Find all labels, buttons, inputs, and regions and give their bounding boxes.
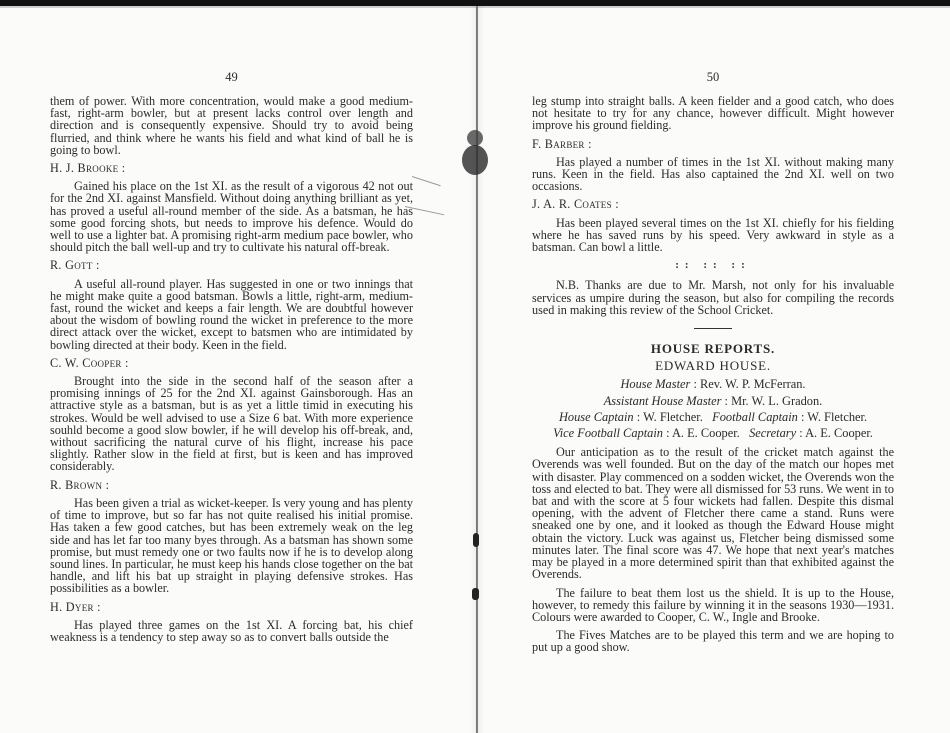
vice-captain-secretary-line: Vice Football Captain : A. E. Cooper. Se… bbox=[532, 427, 894, 439]
player-heading-brown: R. Brown : bbox=[50, 479, 413, 491]
player-report-brown: Has been given a trial as wicket-keeper.… bbox=[50, 497, 413, 595]
ink-blot bbox=[462, 145, 488, 175]
nb-note: N.B. Thanks are due to Mr. Marsh, not on… bbox=[532, 279, 894, 316]
binding-staple bbox=[472, 588, 479, 600]
player-report-brooke: Gained his place on the 1st XI. as the r… bbox=[50, 180, 413, 253]
continuation-paragraph: them of power. With more concentration, … bbox=[50, 95, 413, 156]
assistant-value: Mr. W. L. Gradon. bbox=[731, 394, 822, 408]
house-report-paragraph: The failure to beat them lost us the shi… bbox=[532, 587, 894, 624]
player-heading-cooper: C. W. Cooper : bbox=[50, 357, 413, 369]
house-name: EDWARD HOUSE. bbox=[532, 360, 894, 372]
house-report-paragraph: The Fives Matches are to be played this … bbox=[532, 629, 894, 653]
football-captain-label: Football Captain bbox=[712, 410, 798, 424]
page-number: 49 bbox=[50, 70, 413, 85]
assistant-label: Assistant House Master bbox=[604, 394, 722, 408]
right-page-body: leg stump into straight balls. A keen fi… bbox=[532, 95, 894, 660]
vice-football-captain-label: Vice Football Captain bbox=[553, 426, 663, 440]
house-reports-title: HOUSE REPORTS. bbox=[532, 343, 894, 355]
continuation-paragraph: leg stump into straight balls. A keen fi… bbox=[532, 95, 894, 132]
left-page-body: them of power. With more concentration, … bbox=[50, 95, 413, 649]
house-master-line: House Master : Rev. W. P. McFerran. bbox=[532, 378, 894, 390]
player-report-coates: Has been played several times on the 1st… bbox=[532, 217, 894, 254]
football-captain-value: W. Fletcher. bbox=[807, 410, 867, 424]
captains-line: House Captain : W. Fletcher. Football Ca… bbox=[532, 411, 894, 423]
book-gutter bbox=[476, 6, 478, 733]
player-heading-coates: J. A. R. Coates : bbox=[532, 198, 894, 210]
binding-staple bbox=[473, 533, 479, 547]
player-report-barber: Has played a number of times in the 1st … bbox=[532, 156, 894, 193]
secretary-value: A. E. Cooper. bbox=[805, 426, 873, 440]
house-master-value: Rev. W. P. McFerran. bbox=[700, 377, 806, 391]
house-master-label: House Master bbox=[620, 377, 690, 391]
right-page: 50 leg stump into straight balls. A keen… bbox=[532, 0, 894, 733]
assistant-house-master-line: Assistant House Master : Mr. W. L. Grado… bbox=[532, 395, 894, 407]
player-report-gott: A useful all-round player. Has suggested… bbox=[50, 278, 413, 351]
player-heading-gott: R. Gott : bbox=[50, 259, 413, 271]
pencil-mark bbox=[412, 176, 441, 186]
section-ornament: :: :: :: bbox=[532, 259, 894, 271]
left-page: 49 them of power. With more concentratio… bbox=[50, 0, 413, 733]
player-report-dyer: Has played three games on the 1st XI. A … bbox=[50, 619, 413, 643]
player-heading-brooke: H. J. Brooke : bbox=[50, 162, 413, 174]
house-report-paragraph: Our anticipation as to the result of the… bbox=[532, 446, 894, 580]
section-divider bbox=[694, 328, 732, 329]
page-number: 50 bbox=[532, 70, 894, 85]
secretary-label: Secretary bbox=[749, 426, 796, 440]
player-heading-dyer: H. Dyer : bbox=[50, 601, 413, 613]
vice-football-captain-value: A. E. Cooper. bbox=[672, 426, 740, 440]
house-captain-label: House Captain bbox=[559, 410, 634, 424]
house-captain-value: W. Fletcher. bbox=[643, 410, 703, 424]
ink-blot bbox=[467, 130, 483, 146]
player-heading-barber: F. Barber : bbox=[532, 138, 894, 150]
player-report-cooper: Brought into the side in the second half… bbox=[50, 375, 413, 473]
